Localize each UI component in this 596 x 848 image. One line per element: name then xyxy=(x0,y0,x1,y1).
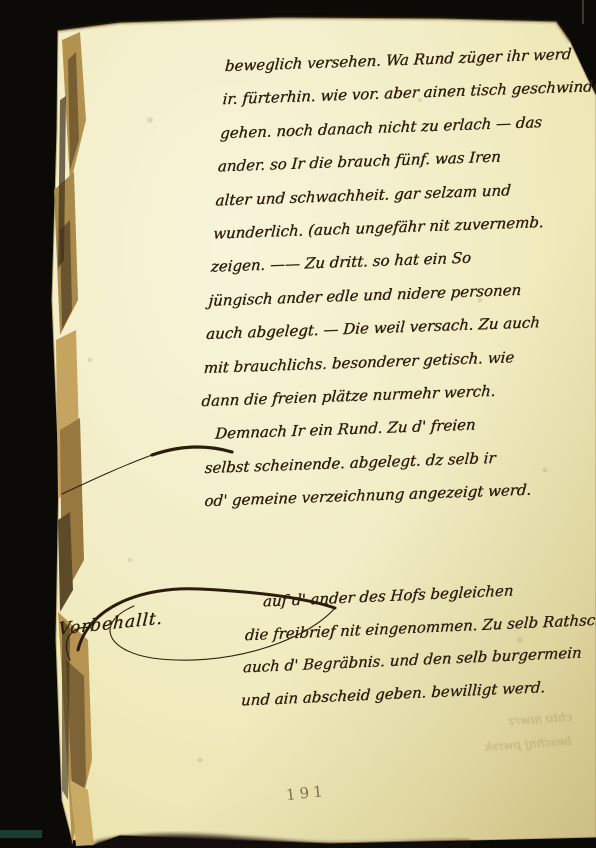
table-edge xyxy=(0,830,42,838)
manuscript-photo: beweglich versehen. Wa Rund züger ihr we… xyxy=(0,0,596,848)
background-crease xyxy=(582,0,584,24)
lower-text-block: auf d' ander des Hofs begleichen die fre… xyxy=(240,572,578,717)
main-text-block: beweglich versehen. Wa Rund züger ihr we… xyxy=(193,38,576,519)
